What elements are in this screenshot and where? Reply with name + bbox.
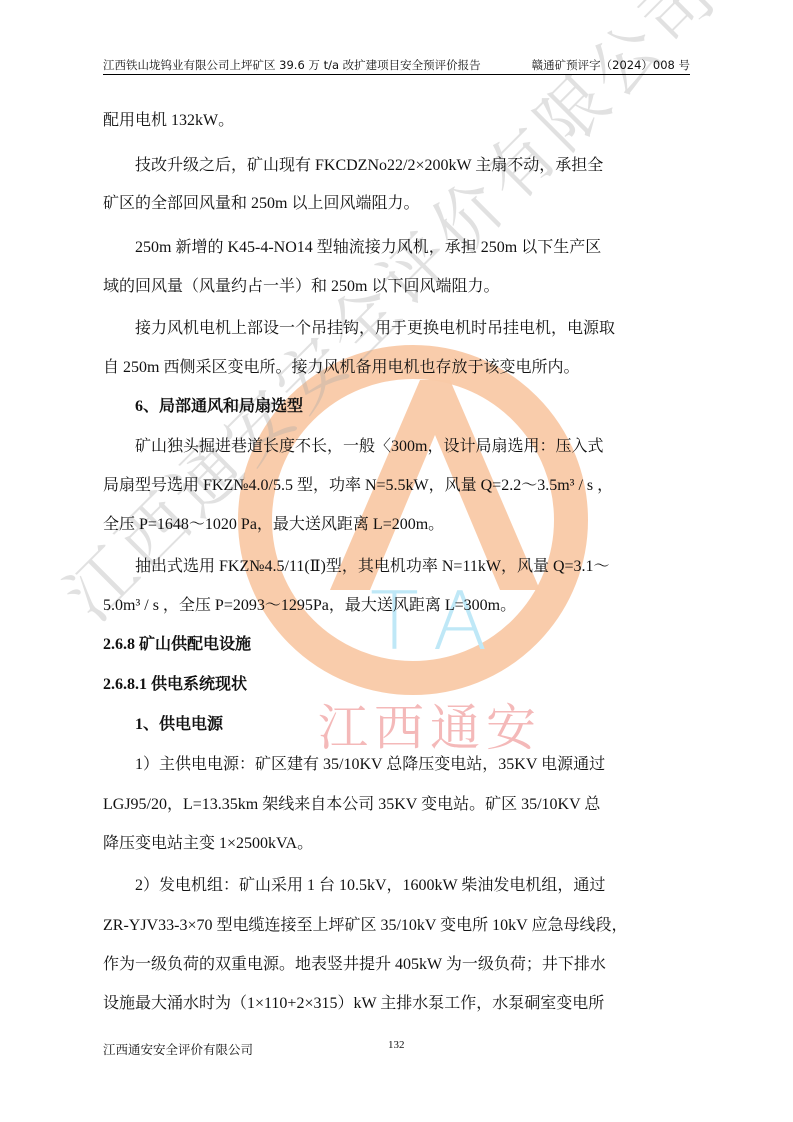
paragraph-line: 设施最大涌水时为（1×110+2×315）kW 主排水泵工作，水泵硐室变电所 (103, 990, 604, 1013)
section-heading: 2.6.8 矿山供配电设施 (103, 631, 251, 654)
paragraph-line: LGJ95/20，L=13.35km 架线来自本公司 35KV 变电站。矿区 3… (103, 791, 600, 814)
watermark-red-text: 江西通安 (318, 688, 542, 760)
header-title: 江西铁山垅钨业有限公司上坪矿区 39.6 万 t/a 改扩建项目安全预评价报告 (103, 57, 481, 73)
header-doc-number: 赣通矿预评字（2024）008 号 (532, 57, 690, 73)
paragraph-line: 降压变电站主变 1×2500kVA。 (103, 830, 313, 853)
section-heading: 6、局部通风和局扇选型 (135, 393, 303, 416)
paragraph-line: 抽出式选用 FKZ№4.5/11(Ⅱ)型，其电机功率 N=11kW，风量 Q=3… (135, 553, 610, 576)
footer-company: 江西通安安全评价有限公司 (103, 1040, 253, 1058)
paragraph-line: 域的回风量（风量约占一半）和 250m 以下回风端阻力。 (103, 273, 499, 296)
paragraph-line: 技改升级之后，矿山现有 FKCDZNo22/2×200kW 主扇不动，承担全 (135, 152, 603, 175)
paragraph-line: ZR-YJV33-3×70 型电缆连接至上坪矿区 35/10kV 变电所 10k… (103, 912, 627, 935)
section-heading: 2.6.8.1 供电系统现状 (103, 671, 247, 694)
paragraph-line: 全压 P=1648～1020 Pa，最大送风距离 L=200m。 (103, 511, 444, 534)
paragraph-line: 5.0m³ / s ，全压 P=2093～1295Pa，最大送风距离 L=300… (103, 592, 516, 615)
page-number: 132 (388, 1039, 405, 1051)
section-heading: 1、供电电源 (135, 711, 223, 734)
paragraph-line: 接力风机电机上部设一个吊挂钩，用于更换电机时吊挂电机，电源取 (135, 315, 615, 338)
watermark-ta: TA (370, 575, 507, 668)
page-header: 江西铁山垅钨业有限公司上坪矿区 39.6 万 t/a 改扩建项目安全预评价报告 … (103, 54, 690, 75)
paragraph-line: 作为一级负荷的双重电源。地表竖井提升 405kW 为一级负荷；井下排水 (103, 951, 606, 974)
paragraph-line: 2）发电机组：矿山采用 1 台 10.5kV，1600kW 柴油发电机组，通过 (135, 872, 605, 895)
paragraph-line: 矿山独头掘进巷道长度不长，一般〈300m，设计局扇选用：压入式 (135, 433, 603, 456)
document-page: TA 江西通安安全评价有限公司 江西通安 江西铁山垅钨业有限公司上坪矿区 39.… (0, 0, 793, 1122)
paragraph-line: 局扇型号选用 FKZ№4.0/5.5 型，功率 N=5.5kW，风量 Q=2.2… (103, 472, 613, 495)
paragraph-line: 250m 新增的 K45-4-NO14 型轴流接力风机，承担 250m 以下生产… (135, 234, 601, 257)
paragraph-line: 配用电机 132kW。 (103, 107, 234, 130)
watermark-a-logo-icon (210, 330, 630, 670)
paragraph-line: 矿区的全部回风量和 250m 以上回风端阻力。 (103, 190, 419, 213)
paragraph-line: 自 250m 西侧采区变电所。接力风机备用电机也存放于该变电所内。 (103, 354, 579, 377)
paragraph-line: 1）主供电电源：矿区建有 35/10KV 总降压变电站，35KV 电源通过 (135, 751, 605, 774)
